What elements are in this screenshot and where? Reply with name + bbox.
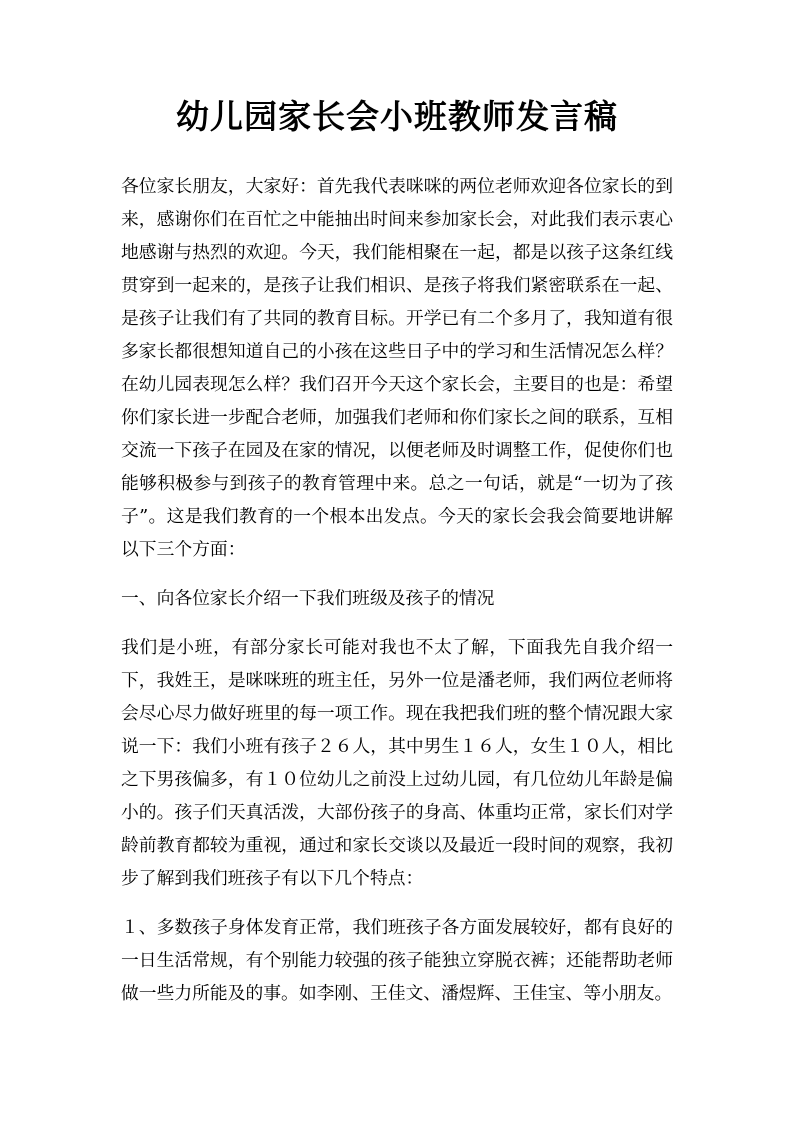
paragraph-feature-point-1: １、多数孩子身体发育正常，我们班孩子各方面发展较好，都有良好的一日生活常规，有个…: [121, 911, 673, 1010]
paragraph-greeting-intro: 各位家长朋友，大家好：首先我代表咪咪的两位老师欢迎各位家长的到来，感谢你们在百忙…: [121, 170, 673, 566]
document-page: 幼儿园家长会小班教师发言稿 各位家长朋友，大家好：首先我代表咪咪的两位老师欢迎各…: [0, 0, 793, 1122]
paragraph-class-introduction: 我们是小班，有部分家长可能对我也不太了解，下面我先自我介绍一下，我姓王，是咪咪班…: [121, 631, 673, 895]
document-title: 幼儿园家长会小班教师发言稿: [121, 94, 673, 140]
section-heading-class-situation: 一、向各位家长介绍一下我们班级及孩子的情况: [121, 582, 673, 615]
